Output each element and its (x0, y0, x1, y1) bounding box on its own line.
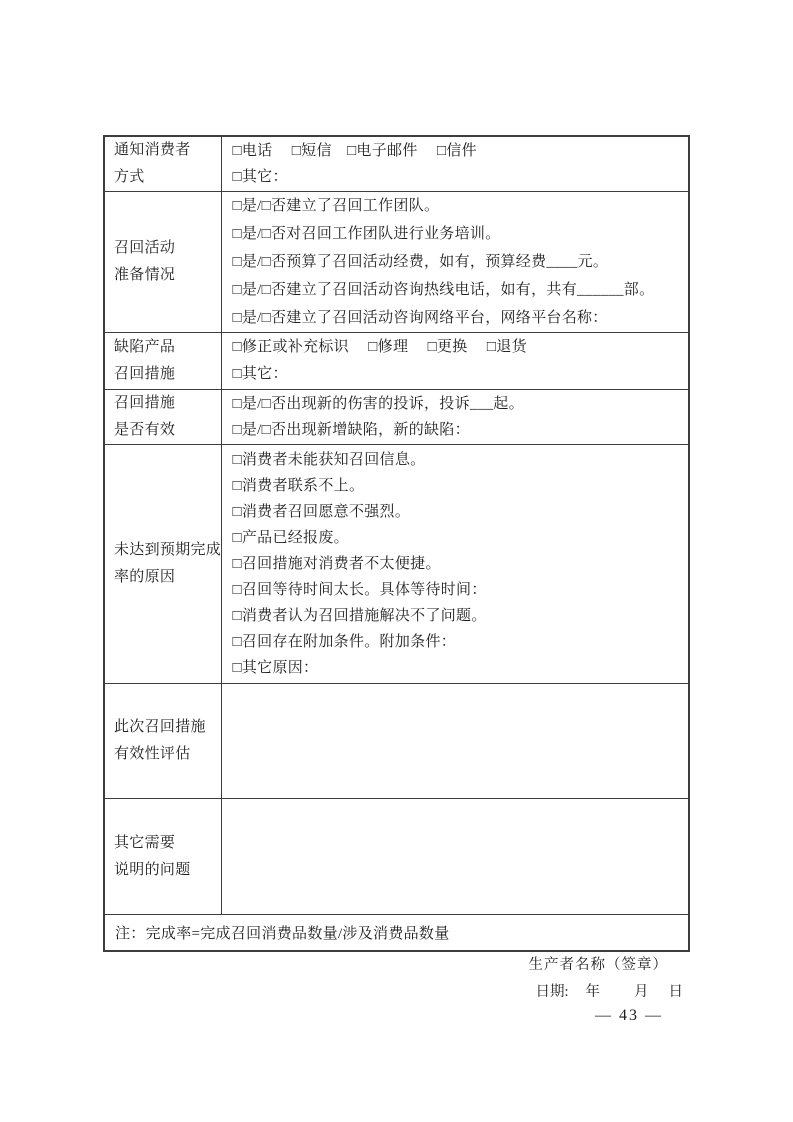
row-label-line: 缺陷产品 (114, 334, 221, 361)
date-label: 日期: (535, 984, 568, 1000)
checkbox-option-line: □产品已经报废。 (233, 525, 689, 551)
producer-signature-line: 生产者名称（签章） (529, 953, 669, 974)
checkbox-option-line: □其它： (233, 164, 689, 190)
row-other-issues: 其它需要 说明的问题 (104, 799, 689, 915)
row-content-cell: □是/□否建立了召回工作团队。 □是/□否对召回工作团队进行业务培训。 □是/□… (221, 192, 689, 333)
checkbox-option-line: □召回措施对消费者不太便捷。 (233, 551, 689, 577)
date-day-label: 日 (669, 984, 684, 1000)
row-recall-preparation: 召回活动 准备情况 □是/□否建立了召回工作团队。 □是/□否对召回工作团队进行… (104, 192, 689, 333)
row-label-line: 说明的问题 (114, 857, 221, 884)
row-content-cell: □是/□否出现新的伤害的投诉，投诉___起。 □是/□否出现新增缺陷，新的缺陷： (221, 390, 689, 445)
row-label-line: 有效性评估 (114, 741, 221, 768)
row-content-cell: □消费者未能获知召回信息。 □消费者联系不上。 □消费者召回愿意不强烈。 □产品… (221, 445, 689, 684)
row-label-line: 召回措施 (114, 361, 221, 388)
row-notify-method: 通知消费者 方式 □电话 □短信 □电子邮件 □信件 □其它： (104, 136, 689, 192)
checkbox-option-line: □是/□否出现新的伤害的投诉，投诉___起。 (233, 391, 689, 417)
row-content-cell: □修正或补充标识 □修理 □更换 □退货 □其它： (221, 333, 689, 390)
checkbox-option-line: □是/□否对召回工作团队进行业务培训。 (233, 220, 689, 248)
page-number: — 43 — (595, 1007, 663, 1025)
empty-content-cell (221, 799, 689, 915)
checkbox-option-line: □召回等待时间太长。具体等待时间： (233, 577, 689, 603)
checkbox-option-line: □修正或补充标识 □修理 □更换 □退货 (233, 334, 689, 361)
row-label-cell: 未达到预期完成 率的原因 (104, 445, 221, 684)
row-label-line: 准备情况 (114, 262, 221, 289)
row-label-cell: 此次召回措施 有效性评估 (104, 684, 221, 799)
row-label-cell: 通知消费者 方式 (104, 136, 221, 192)
row-label-line: 方式 (114, 164, 221, 191)
row-label-cell: 其它需要 说明的问题 (104, 799, 221, 915)
row-label-cell: 召回活动 准备情况 (104, 192, 221, 333)
checkbox-option-line: □消费者召回愿意不强烈。 (233, 499, 689, 525)
recall-form-table: 通知消费者 方式 □电话 □短信 □电子邮件 □信件 □其它： 召回活动 准备情… (103, 135, 690, 952)
row-incomplete-reasons: 未达到预期完成 率的原因 □消费者未能获知召回信息。 □消费者联系不上。 □消费… (104, 445, 689, 684)
row-label-cell: 缺陷产品 召回措施 (104, 333, 221, 390)
row-label-line: 其它需要 (114, 830, 221, 857)
checkbox-option-line: □召回存在附加条件。附加条件： (233, 629, 689, 655)
row-label-line: 召回活动 (114, 235, 221, 262)
row-recall-measures: 缺陷产品 召回措施 □修正或补充标识 □修理 □更换 □退货 □其它： (104, 333, 689, 390)
checkbox-option-line: □消费者未能获知召回信息。 (233, 447, 689, 473)
row-effectiveness-evaluation: 此次召回措施 有效性评估 (104, 684, 689, 799)
row-label-line: 召回措施 (114, 390, 221, 417)
checkbox-option-line: □是/□否建立了召回工作团队。 (233, 192, 689, 220)
checkbox-option-line: □消费者认为召回措施解决不了问题。 (233, 603, 689, 629)
row-label-line: 此次召回措施 (114, 714, 221, 741)
checkbox-option-line: □其它： (233, 361, 689, 388)
checkbox-option-line: □是/□否建立了召回活动咨询网络平台，网络平台名称： (233, 304, 689, 332)
row-measures-effective: 召回措施 是否有效 □是/□否出现新的伤害的投诉，投诉___起。 □是/□否出现… (104, 390, 689, 445)
note-text: 注：完成率=完成召回消费品数量/涉及消费品数量 (104, 915, 689, 951)
empty-content-cell (221, 684, 689, 799)
document-page: 通知消费者 方式 □电话 □短信 □电子邮件 □信件 □其它： 召回活动 准备情… (0, 0, 793, 1122)
date-month-label: 月 (634, 984, 649, 1000)
date-year-label: 年 (586, 984, 601, 1000)
checkbox-option-line: □是/□否预算了召回活动经费，如有，预算经费____元。 (233, 248, 689, 276)
date-line: 日期:年月日 (535, 980, 683, 1001)
checkbox-option-line: □是/□否建立了召回活动咨询热线电话，如有，共有______部。 (233, 276, 689, 304)
row-label-line: 未达到预期完成 (114, 537, 221, 564)
row-label-line: 是否有效 (114, 417, 221, 444)
checkbox-option-line: □消费者联系不上。 (233, 473, 689, 499)
checkbox-option-line: □其它原因： (233, 655, 689, 681)
checkbox-option-line: □是/□否出现新增缺陷，新的缺陷： (233, 417, 689, 443)
row-label-line: 率的原因 (114, 564, 221, 591)
row-label-line: 通知消费者 (114, 137, 221, 164)
row-note: 注：完成率=完成召回消费品数量/涉及消费品数量 (104, 915, 689, 951)
row-content-cell: □电话 □短信 □电子邮件 □信件 □其它： (221, 136, 689, 192)
row-label-cell: 召回措施 是否有效 (104, 390, 221, 445)
checkbox-option-line: □电话 □短信 □电子邮件 □信件 (233, 138, 689, 164)
